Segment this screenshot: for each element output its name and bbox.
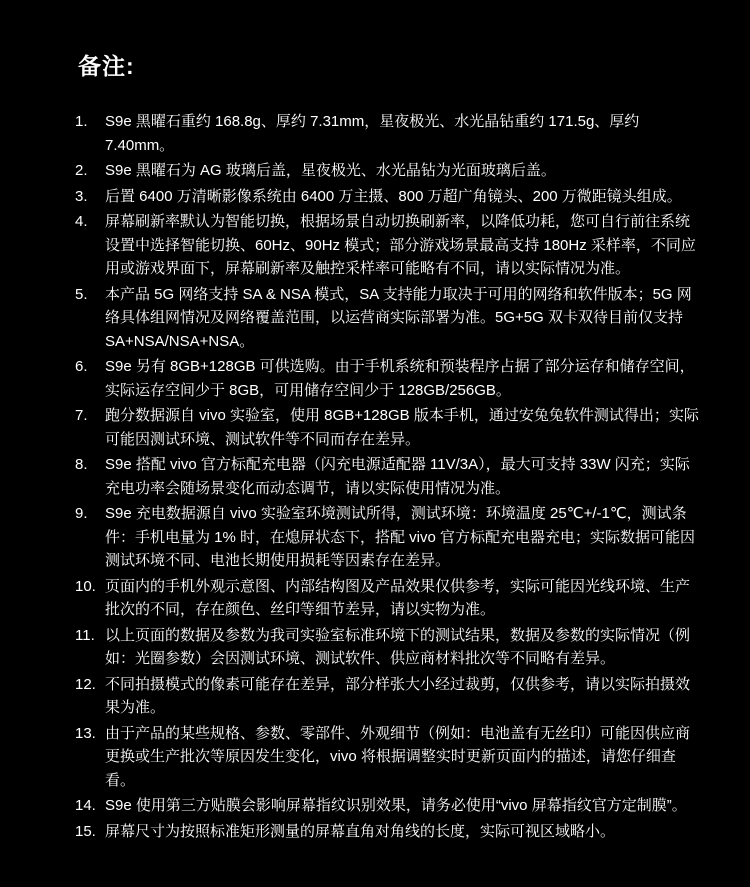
note-item: 8. S9e 搭配 vivo 官方标配充电器（闪充电源适配器 11V/3A），最… bbox=[75, 453, 700, 500]
note-number: 6. bbox=[75, 355, 105, 379]
note-text: 以上页面的数据及参数为我司实验室标准环境下的测试结果，数据及参数的实际情况（例如… bbox=[105, 624, 700, 671]
notes-list: 1. S9e 黑曜石重约 168.8g、厚约 7.31mm，星夜极光、水光晶钻重… bbox=[75, 110, 700, 843]
note-item: 15. 屏幕尺寸为按照标准矩形测量的屏幕直角对角线的长度，实际可视区域略小。 bbox=[75, 820, 700, 844]
note-item: 1. S9e 黑曜石重约 168.8g、厚约 7.31mm，星夜极光、水光晶钻重… bbox=[75, 110, 700, 157]
note-number: 1. bbox=[75, 110, 105, 134]
note-item: 9. S9e 充电数据源自 vivo 实验室环境测试所得，测试环境：环境温度 2… bbox=[75, 502, 700, 573]
note-number: 14. bbox=[75, 794, 105, 818]
note-item: 5. 本产品 5G 网络支持 SA & NSA 模式，SA 支持能力取决于可用的… bbox=[75, 283, 700, 354]
note-number: 13. bbox=[75, 722, 105, 746]
note-number: 2. bbox=[75, 159, 105, 183]
remarks-page: 备注: 1. S9e 黑曜石重约 168.8g、厚约 7.31mm，星夜极光、水… bbox=[0, 0, 750, 887]
note-text: S9e 充电数据源自 vivo 实验室环境测试所得，测试环境：环境温度 25℃+… bbox=[105, 502, 700, 573]
note-number: 15. bbox=[75, 820, 105, 844]
note-number: 8. bbox=[75, 453, 105, 477]
note-number: 11. bbox=[75, 624, 105, 648]
note-item: 13. 由于产品的某些规格、参数、零部件、外观细节（例如：电池盖有无丝印）可能因… bbox=[75, 722, 700, 793]
note-text: 本产品 5G 网络支持 SA & NSA 模式，SA 支持能力取决于可用的网络和… bbox=[105, 283, 700, 354]
note-number: 5. bbox=[75, 283, 105, 307]
note-text: S9e 使用第三方贴膜会影响屏幕指纹识别效果，请务必使用“vivo 屏幕指纹官方… bbox=[105, 794, 700, 818]
note-text: 后置 6400 万清晰影像系统由 6400 万主摄、800 万超广角镜头、200… bbox=[105, 185, 700, 209]
note-text: 跑分数据源自 vivo 实验室，使用 8GB+128GB 版本手机，通过安兔兔软… bbox=[105, 404, 700, 451]
note-number: 4. bbox=[75, 210, 105, 234]
page-title: 备注: bbox=[78, 52, 750, 80]
note-text: 页面内的手机外观示意图、内部结构图及产品效果仅供参考，实际可能因光线环境、生产批… bbox=[105, 575, 700, 622]
note-item: 11. 以上页面的数据及参数为我司实验室标准环境下的测试结果，数据及参数的实际情… bbox=[75, 624, 700, 671]
note-number: 3. bbox=[75, 185, 105, 209]
note-number: 12. bbox=[75, 673, 105, 697]
note-text: 由于产品的某些规格、参数、零部件、外观细节（例如：电池盖有无丝印）可能因供应商更… bbox=[105, 722, 700, 793]
note-item: 3. 后置 6400 万清晰影像系统由 6400 万主摄、800 万超广角镜头、… bbox=[75, 185, 700, 209]
note-item: 4. 屏幕刷新率默认为智能切换，根据场景自动切换刷新率，以降低功耗，您可自行前往… bbox=[75, 210, 700, 281]
note-text: 不同拍摄模式的像素可能存在差异，部分样张大小经过裁剪，仅供参考，请以实际拍摄效果… bbox=[105, 673, 700, 720]
note-text: S9e 黑曜石为 AG 玻璃后盖，星夜极光、水光晶钻为光面玻璃后盖。 bbox=[105, 159, 700, 183]
note-item: 7. 跑分数据源自 vivo 实验室，使用 8GB+128GB 版本手机，通过安… bbox=[75, 404, 700, 451]
note-item: 14. S9e 使用第三方贴膜会影响屏幕指纹识别效果，请务必使用“vivo 屏幕… bbox=[75, 794, 700, 818]
note-number: 9. bbox=[75, 502, 105, 526]
note-item: 12. 不同拍摄模式的像素可能存在差异，部分样张大小经过裁剪，仅供参考，请以实际… bbox=[75, 673, 700, 720]
note-item: 10. 页面内的手机外观示意图、内部结构图及产品效果仅供参考，实际可能因光线环境… bbox=[75, 575, 700, 622]
note-item: 2. S9e 黑曜石为 AG 玻璃后盖，星夜极光、水光晶钻为光面玻璃后盖。 bbox=[75, 159, 700, 183]
note-text: S9e 黑曜石重约 168.8g、厚约 7.31mm，星夜极光、水光晶钻重约 1… bbox=[105, 110, 700, 157]
note-number: 10. bbox=[75, 575, 105, 599]
note-text: S9e 另有 8GB+128GB 可供选购。由于手机系统和预装程序占据了部分运存… bbox=[105, 355, 700, 402]
note-text: 屏幕刷新率默认为智能切换，根据场景自动切换刷新率，以降低功耗，您可自行前往系统设… bbox=[105, 210, 700, 281]
note-text: 屏幕尺寸为按照标准矩形测量的屏幕直角对角线的长度，实际可视区域略小。 bbox=[105, 820, 700, 844]
note-text: S9e 搭配 vivo 官方标配充电器（闪充电源适配器 11V/3A），最大可支… bbox=[105, 453, 700, 500]
note-number: 7. bbox=[75, 404, 105, 428]
note-item: 6. S9e 另有 8GB+128GB 可供选购。由于手机系统和预装程序占据了部… bbox=[75, 355, 700, 402]
